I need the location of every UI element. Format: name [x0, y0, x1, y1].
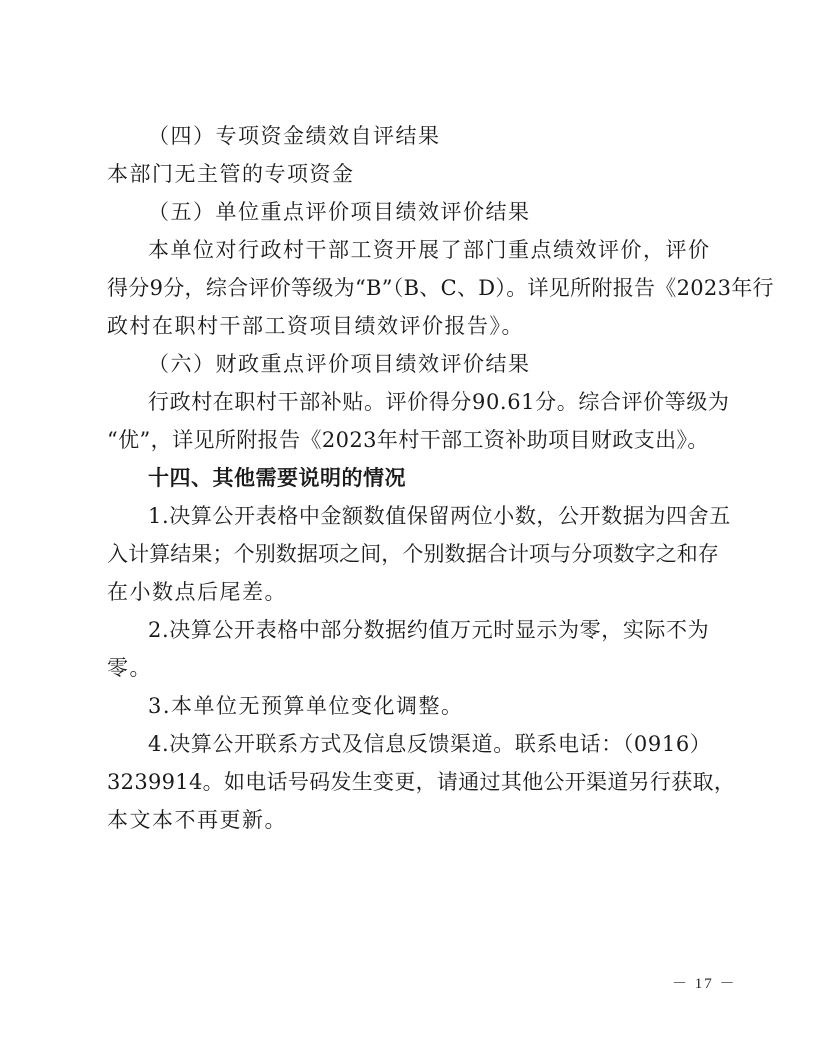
section-14-heading: 十四、其他需要说明的情况	[148, 464, 718, 492]
subsection-5-heading: （五）单位重点评价项目绩效评价结果	[148, 198, 718, 226]
item-2-line-1: 2.决算公开表格中部分数据约值万元时显示为零，实际不为	[148, 616, 718, 644]
subsection-5-paragraph-line-1: 本单位对行政村干部工资开展了部门重点绩效评价，评价	[148, 236, 718, 264]
item-4-line-3: 本文本不再更新。	[107, 806, 717, 834]
item-1-line-2: 入计算结果；个别数据项之间，个别数据合计项与分项数字之和存	[107, 540, 717, 568]
subsection-6-paragraph-line-1: 行政村在职村干部补贴。评价得分90.61分。综合评价等级为	[148, 388, 718, 416]
page-number: － 17 －	[672, 972, 737, 993]
subsection-6-heading: （六）财政重点评价项目绩效评价结果	[148, 350, 718, 378]
item-2-line-2: 零。	[107, 654, 717, 682]
subsection-4-body: 本部门无主管的专项资金	[107, 160, 717, 188]
item-1-line-1: 1.决算公开表格中金额数值保留两位小数，公开数据为四舍五	[148, 502, 718, 530]
subsection-5-paragraph-line-2: 得分9分，综合评价等级为“B”（B、C、D）。详见所附报告《2023年行	[107, 274, 717, 302]
subsection-4-heading: （四）专项资金绩效自评结果	[148, 122, 718, 150]
subsection-6-paragraph-line-2: “优”，详见所附报告《2023年村干部工资补助项目财政支出》。	[107, 426, 717, 454]
subsection-5-paragraph-line-3: 政村在职村干部工资项目绩效评价报告》。	[107, 312, 717, 340]
item-4-line-1: 4.决算公开联系方式及信息反馈渠道。联系电话：（0916）	[148, 730, 718, 758]
item-1-line-3: 在小数点后尾差。	[107, 578, 717, 606]
document-page: （四）专项资金绩效自评结果 本部门无主管的专项资金 （五）单位重点评价项目绩效评…	[0, 0, 816, 1056]
item-3-line-1: 3.本单位无预算单位变化调整。	[148, 692, 718, 720]
item-4-line-2: 3239914。如电话号码发生变更，请通过其他公开渠道另行获取，	[107, 768, 717, 796]
